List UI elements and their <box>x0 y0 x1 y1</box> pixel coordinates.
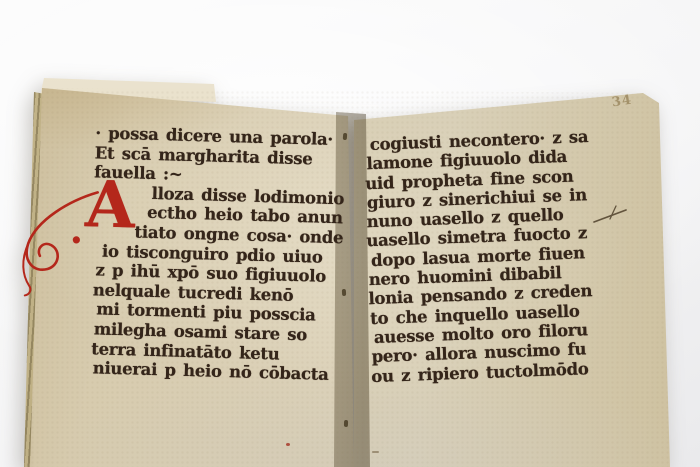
initial-flourish-icon <box>13 185 102 305</box>
ink-smudge <box>372 451 379 453</box>
folio-number: 34 <box>611 93 633 111</box>
stitch-mark <box>344 420 348 427</box>
pen-mark-icon <box>592 204 632 226</box>
right-page-text: cogiusti necontero· z sa lamone figiuuol… <box>363 125 656 386</box>
left-page-text: · possa dicere una parola· Et scā margha… <box>88 123 361 385</box>
manuscript-book: · possa dicere una parola· Et scā margha… <box>0 0 700 467</box>
photo-background: · possa dicere una parola· Et scā margha… <box>0 0 700 467</box>
red-ink-speck <box>286 443 290 446</box>
